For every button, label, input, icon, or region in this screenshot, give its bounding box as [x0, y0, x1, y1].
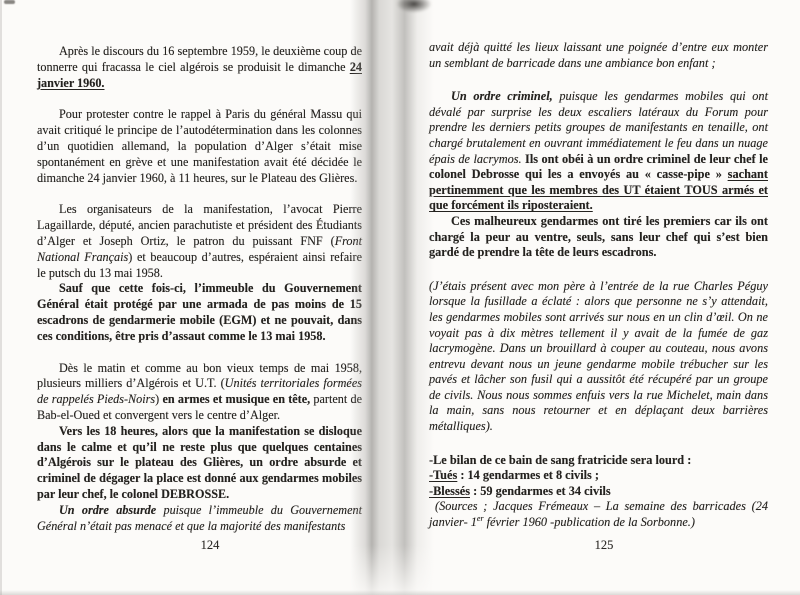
paragraph: Vers les 18 heures, alors que la manifes… [37, 424, 362, 503]
scan-edge-left [0, 0, 2, 595]
scanned-book-spread: Après le discours du 16 septembre 1959, … [0, 0, 800, 595]
paragraph: (Sources ; Jacques Frémeaux – La semaine… [429, 499, 768, 530]
paragraph: Ces malheureux gendarmes ont tiré les pr… [429, 214, 768, 261]
text-segment: Un ordre criminel, [451, 89, 553, 103]
scan-smudge-top [396, 0, 432, 13]
scan-edge-bottom [0, 590, 800, 595]
text-segment: (J’étais présent avec mon père à l’entré… [429, 279, 768, 433]
text-segment: février 1960 -publication de la Sorbonne… [484, 515, 695, 529]
text-segment: : 59 gendarmes et 34 civils [470, 484, 611, 498]
text-segment: -Blessés [429, 484, 470, 498]
text-segment: Vers les 18 heures, alors que la manifes… [37, 424, 362, 501]
text-segment: er [477, 514, 484, 523]
paragraph: Sauf que cette fois-ci, l’immeuble du Go… [37, 281, 362, 344]
text-segment: Ces malheureux gendarmes ont tiré les pr… [429, 214, 768, 259]
paragraph: (J’étais présent avec mon père à l’entré… [429, 279, 768, 435]
text-segment: Les organisateurs de la manifestation, l… [37, 202, 362, 248]
paragraph: avait déjà quitté les lieux laissant une… [429, 40, 768, 71]
text-segment: Pour protester contre le rappel à Paris … [37, 107, 362, 184]
text-segment: -Le bilan de ce bain de sang fratricide … [429, 453, 691, 467]
book-gutter-shadow [350, 0, 434, 595]
gutter-fade [350, 545, 434, 595]
page-number-left: 124 [190, 538, 230, 553]
left-page-text: Après le discours du 16 septembre 1959, … [37, 44, 362, 534]
text-segment: en armes et musique en tête, [162, 392, 310, 406]
paragraph: Dès le matin et comme au bon vieux temps… [37, 361, 362, 424]
text-segment: Après le discours du 16 septembre 1959, … [37, 44, 362, 74]
paragraph: -Tués : 14 gendarmes et 8 civils ; [429, 468, 768, 484]
paragraph: Pour protester contre le rappel à Paris … [37, 107, 362, 186]
paragraph: Un ordre criminel, puisque les gendarmes… [429, 89, 768, 214]
page-number-right: 125 [584, 538, 624, 553]
text-segment: avait déjà quitté les lieux laissant une… [429, 40, 768, 70]
paragraph: -Blessés : 59 gendarmes et 34 civils [429, 484, 768, 500]
text-segment: : 14 gendarmes et 8 civils ; [457, 468, 599, 482]
text-segment: Sauf que cette fois-ci, l’immeuble du Go… [37, 281, 362, 342]
right-page-text: avait déjà quitté les lieux laissant une… [429, 40, 768, 531]
paragraph: Après le discours du 16 septembre 1959, … [37, 44, 362, 91]
scan-speck-top-left [4, 0, 15, 4]
text-segment: Un ordre absurde [59, 503, 156, 517]
paragraph: -Le bilan de ce bain de sang fratricide … [429, 453, 768, 469]
paragraph: Les organisateurs de la manifestation, l… [37, 202, 362, 281]
paragraph: Un ordre absurde puisque l’immeuble du G… [37, 503, 362, 535]
